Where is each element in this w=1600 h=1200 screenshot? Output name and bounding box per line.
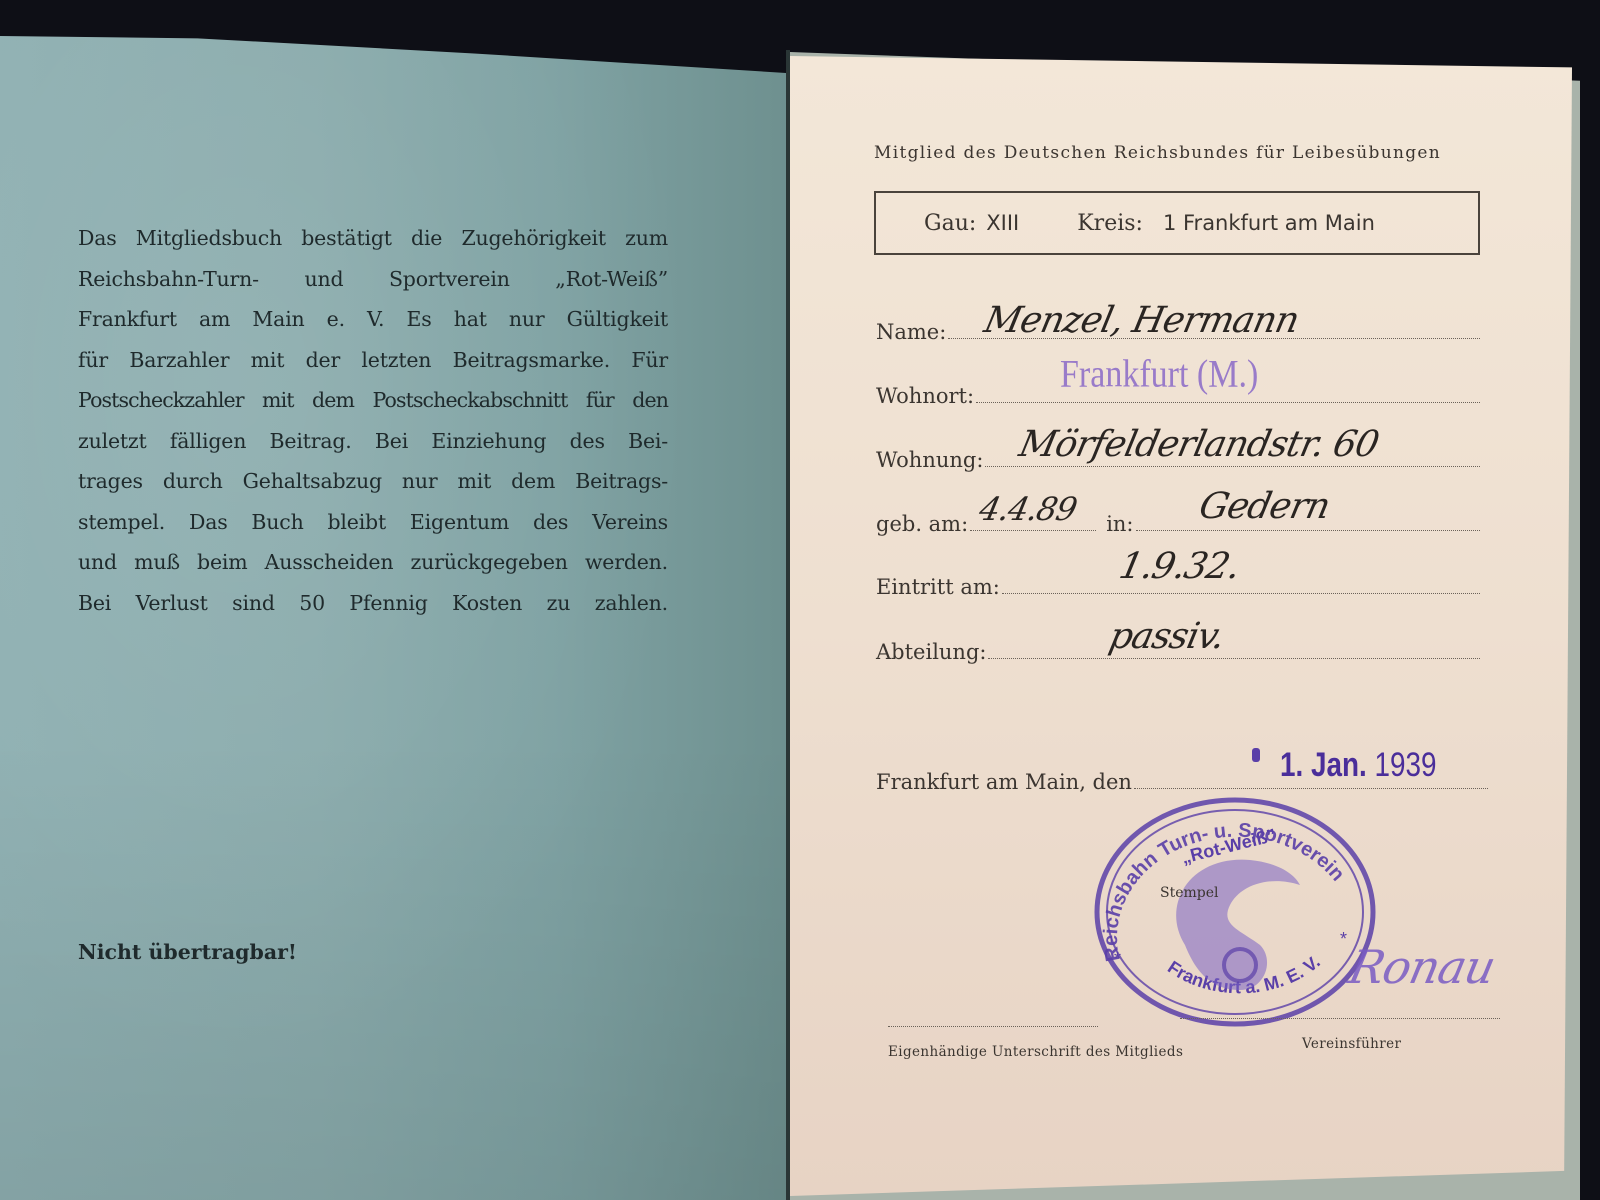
leader-caption: Vereinsführer <box>1302 1036 1401 1052</box>
notice-line: Reichsbahn-Turn- und Sportverein „Rot-We… <box>78 259 668 300</box>
date-stamp: 1. Jan. 1939 <box>1280 746 1437 785</box>
notice-line: zuletzt fälligen Beitrag. Bei Einziehung… <box>78 421 668 462</box>
membership-notice: Das Mitgliedsbuch bestätigt die Zugehöri… <box>78 218 668 623</box>
leader-signature-line <box>1180 1018 1500 1019</box>
wohnung-value: Mörfelderlandstr. 60 <box>1016 424 1382 465</box>
club-seal-stamp: Reichsbahn Turn- u. Sportverein „Rot-Wei… <box>1090 795 1380 1030</box>
gau-kreis-box: Gau: XIII Kreis: 1 Frankfurt am Main <box>874 191 1480 255</box>
name-label: Name: <box>876 320 946 344</box>
geb-in-value: Gedern <box>1196 486 1334 527</box>
place-date-label: Frankfurt am Main, den <box>876 770 1132 794</box>
abteilung-value: passiv. <box>1106 616 1228 657</box>
federation-header: Mitglied des Deutschen Reichsbundes für … <box>874 143 1441 163</box>
kreis-label: Kreis: <box>1077 211 1143 236</box>
notice-line: trages durch Gehaltsabzug nur mit dem Be… <box>78 461 668 502</box>
not-transferable-note: Nicht übertragbar! <box>78 940 297 964</box>
date-stamp-day: 1. Jan. <box>1280 746 1367 784</box>
member-signature-caption: Eigenhändige Unterschrift des Mitglieds <box>888 1044 1183 1060</box>
geb-am-label: geb. am: <box>876 512 968 536</box>
notice-line: für Barzahler mit der letzten Beitragsma… <box>78 340 668 381</box>
book-spine <box>786 50 790 1200</box>
eintritt-value: 1.9.32. <box>1116 546 1244 587</box>
field-geb: geb. am: in: <box>876 512 1480 536</box>
notice-line: Bei Verlust sind 50 Pfennig Kosten zu za… <box>78 583 668 624</box>
gau-label: Gau: <box>924 211 976 236</box>
notice-line: Das Mitgliedsbuch bestätigt die Zugehöri… <box>78 218 668 259</box>
notice-line: Postscheckzahler mit dem Postscheckabsch… <box>78 380 668 421</box>
geb-am-value: 4.4.89 <box>976 490 1080 528</box>
gau-value: XIII <box>986 211 1019 235</box>
stamp-mark <box>1252 748 1260 762</box>
svg-text:*: * <box>1114 949 1121 969</box>
member-signature-line <box>888 1026 1098 1027</box>
leader-signature: Ronau <box>1344 940 1499 994</box>
eintritt-label: Eintritt am: <box>876 575 1000 599</box>
name-value: Menzel, Hermann <box>981 300 1303 341</box>
date-stamp-year: 1939 <box>1375 746 1437 784</box>
notice-line: und muß beim Ausscheiden zurückgegeben w… <box>78 542 668 583</box>
wohnort-stamp-value: Frankfurt (M.) <box>1060 353 1258 397</box>
geb-in-label: in: <box>1106 512 1133 536</box>
notice-line: stempel. Das Buch bleibt Eigentum des Ve… <box>78 502 668 543</box>
wohnort-label: Wohnort: <box>876 384 974 408</box>
wohnung-label: Wohnung: <box>876 448 983 472</box>
abteilung-label: Abteilung: <box>876 640 986 664</box>
svg-text:*: * <box>1340 929 1347 949</box>
kreis-value: 1 Frankfurt am Main <box>1163 211 1375 235</box>
notice-line: Frankfurt am Main e. V. Es hat nur Gülti… <box>78 299 668 340</box>
seal-printed-label: Stempel <box>1160 885 1219 901</box>
